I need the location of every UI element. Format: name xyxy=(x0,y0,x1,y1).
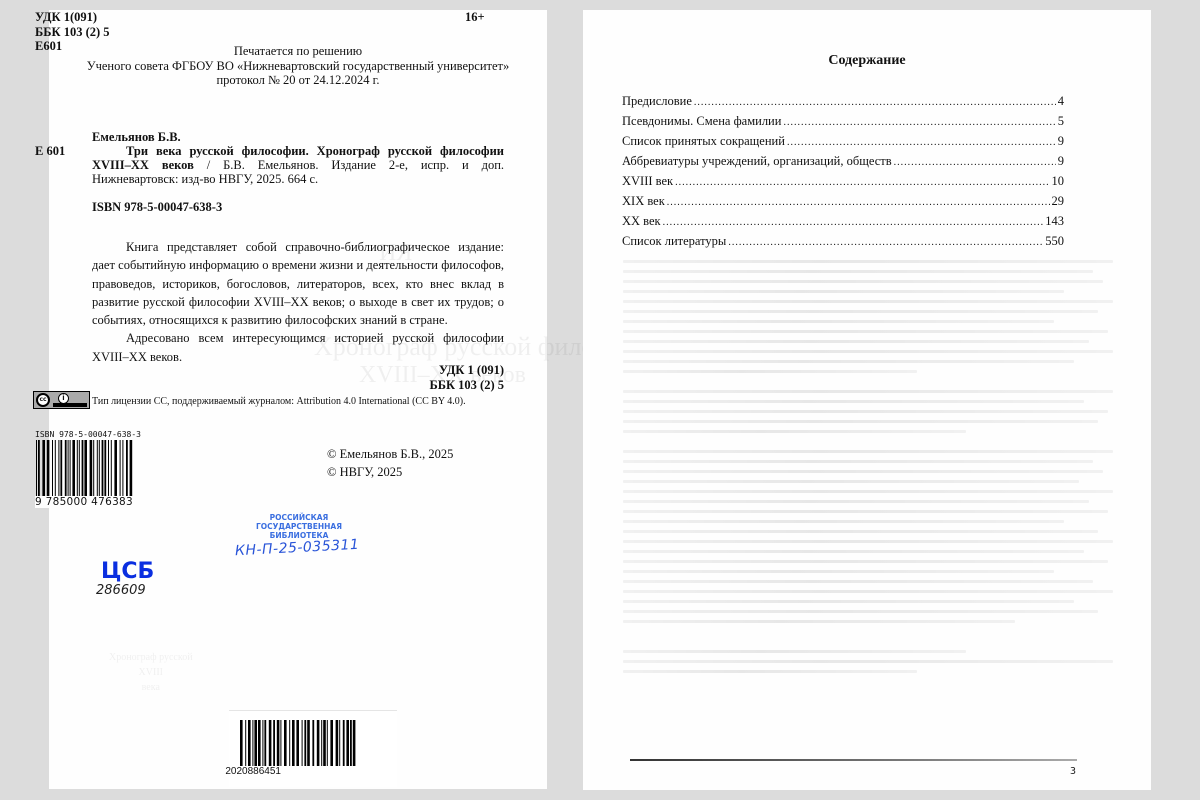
bleed-through-text: ИЯ xyxy=(379,240,412,267)
bleed-line xyxy=(623,540,1113,543)
csb-stamp: ЦСБ xyxy=(101,559,154,584)
library-stamp-code: КН-П-25-035311 xyxy=(235,537,360,559)
bleed-line xyxy=(623,600,1074,603)
toc-entry-label: Предисловие xyxy=(622,94,692,109)
bleed-line xyxy=(623,550,1084,553)
stamp-line: ГОСУДАРСТВЕННАЯ xyxy=(244,522,354,531)
bleed-through-text: Хронограф русскойXVIIIвека xyxy=(109,650,193,695)
bleed-line xyxy=(623,610,1098,613)
bbk-code: ББК 103 (2) 5 xyxy=(429,378,504,393)
bleed-line xyxy=(623,490,1113,493)
title-centuries: XVIII–XX веков xyxy=(92,158,194,172)
catalog-mark: Е 601 xyxy=(35,144,65,159)
toc-entry-page: 29 xyxy=(1052,194,1065,209)
copyright-publisher: © НВГУ, 2025 xyxy=(327,463,453,481)
toc-entry-page: 143 xyxy=(1045,214,1064,229)
library-stamp: РОССИЙСКАЯ ГОСУДАРСТВЕННАЯ БИБЛИОТЕКА xyxy=(244,513,354,540)
bleed-line xyxy=(623,530,1098,533)
toc-entry-page: 9 xyxy=(1058,154,1064,169)
bleed-line xyxy=(623,270,1093,273)
right-page: Содержание Предисловие4Псевдонимы. Смена… xyxy=(583,10,1151,790)
author-name: Емельянов Б.В. xyxy=(92,130,181,145)
left-page: УДК 1(091) ББК 103 (2) 5 Е601 16+ Печата… xyxy=(49,10,547,789)
bleed-line xyxy=(623,580,1093,583)
bleed-line xyxy=(623,510,1108,513)
toc-entry-page: 550 xyxy=(1045,234,1064,249)
isbn-barcode-number: 9 785000 476383 xyxy=(35,496,133,508)
age-rating: 16+ xyxy=(465,10,485,25)
bleed-line xyxy=(623,660,1113,663)
udk-code: УДК 1 (091) xyxy=(429,363,504,378)
bleed-line xyxy=(623,480,1079,483)
toc-leader-dots xyxy=(694,97,1056,108)
toc-entry-label: Список литературы xyxy=(622,234,726,249)
isbn: ISBN 978-5-00047-638-3 xyxy=(92,200,222,215)
toc-leader-dots xyxy=(663,217,1044,228)
bleed-line xyxy=(623,670,917,673)
publish-line: Ученого совета ФГБОУ ВО «Нижневартовский… xyxy=(49,59,547,74)
bleed-line xyxy=(623,450,1113,453)
toc-entry-page: 4 xyxy=(1058,94,1064,109)
bleed-line xyxy=(623,350,1113,353)
copyright-author: © Емельянов Б.В., 2025 xyxy=(327,445,453,463)
toc-entry-page: 9 xyxy=(1058,134,1064,149)
copyright: © Емельянов Б.В., 2025 © НВГУ, 2025 xyxy=(327,445,453,481)
publish-line: протокол № 20 от 24.12.2024 г. xyxy=(49,73,547,88)
license-text: Тип лицензии СС, поддерживаемый журналом… xyxy=(92,396,466,407)
bleed-line xyxy=(623,310,1098,313)
bleed-line xyxy=(623,330,1108,333)
bleed-line xyxy=(623,590,1113,593)
toc-entry: XX век143 xyxy=(622,214,1064,234)
bleed-line xyxy=(623,500,1089,503)
page-number: 3 xyxy=(1070,766,1076,777)
cc-by-icon: cc i xyxy=(33,391,90,409)
toc-entry: Список принятых сокращений9 xyxy=(622,134,1064,154)
toc-entry: XVIII век10 xyxy=(622,174,1064,194)
table-of-contents: Предисловие4Псевдонимы. Смена фамилии5Сп… xyxy=(622,94,1064,254)
toc-entry: Список литературы550 xyxy=(622,234,1064,254)
bib-line-2: XVIII–XX веков / Б.В. Емельянов. Издание… xyxy=(92,158,504,172)
bleed-line xyxy=(623,300,1113,303)
toc-leader-dots xyxy=(667,197,1050,208)
bleed-line xyxy=(623,410,1108,413)
csb-stamp-number: 286609 xyxy=(96,583,146,598)
toc-entry: Предисловие4 xyxy=(622,94,1064,114)
book-title: Три века русской философии. Хронограф ру… xyxy=(92,144,504,158)
toc-leader-dots xyxy=(675,177,1049,188)
bleed-line xyxy=(623,560,1108,563)
bleed-line xyxy=(623,360,1074,363)
bleed-line xyxy=(623,340,1089,343)
toc-entry-label: XX век xyxy=(622,214,661,229)
bleed-line xyxy=(623,460,1093,463)
edition-info: / Б.В. Емельянов. Издание 2-е, испр. и д… xyxy=(194,158,504,172)
bleed-line xyxy=(623,290,1064,293)
toc-leader-dots xyxy=(787,137,1056,148)
toc-title: Содержание xyxy=(583,53,1151,69)
bleed-line xyxy=(623,260,1113,263)
sticker-barcode-number: 2020886451 xyxy=(49,766,359,777)
bibliographic-entry: Три века русской философии. Хронограф ру… xyxy=(92,144,504,186)
publish-line: Печатается по решению xyxy=(49,44,547,59)
bleed-line xyxy=(623,430,966,433)
bleed-line xyxy=(623,280,1103,283)
bleed-line xyxy=(623,620,1015,623)
stamp-line: РОССИЙСКАЯ xyxy=(244,513,354,522)
udk-code: УДК 1(091) xyxy=(35,10,110,25)
bleed-line xyxy=(623,420,1098,423)
toc-entry-page: 5 xyxy=(1058,114,1064,129)
toc-entry: XIX век29 xyxy=(622,194,1064,214)
bleed-line xyxy=(623,520,1064,523)
sticker-barcode xyxy=(239,720,359,766)
toc-entry-label: XVIII век xyxy=(622,174,673,189)
bleed-line xyxy=(623,470,1103,473)
isbn-barcode xyxy=(35,440,134,503)
toc-entry: Аббревиатуры учреждений, организаций, об… xyxy=(622,154,1064,174)
toc-entry-page: 10 xyxy=(1052,174,1065,189)
bleed-line xyxy=(623,390,1113,393)
toc-leader-dots xyxy=(783,117,1055,128)
bleed-line xyxy=(623,400,1084,403)
toc-entry-label: Аббревиатуры учреждений, организаций, об… xyxy=(622,154,892,169)
bbk-code: ББК 103 (2) 5 xyxy=(35,25,110,40)
isbn-barcode-caption: ISBN 978-5-00047-638-3 xyxy=(35,430,141,439)
bleed-line xyxy=(623,650,966,653)
abstract-paragraph: Книга представляет собой справочно-библи… xyxy=(92,238,504,329)
toc-entry: Псевдонимы. Смена фамилии5 xyxy=(622,114,1064,134)
bleed-through-text xyxy=(623,260,1113,680)
bleed-line xyxy=(623,320,1054,323)
toc-leader-dots xyxy=(894,157,1056,168)
cc-icon: cc xyxy=(36,393,50,407)
publish-decision: Печатается по решению Ученого совета ФГБ… xyxy=(49,44,547,88)
bleed-line xyxy=(623,370,917,373)
footer-rule xyxy=(630,759,1077,761)
bleed-line xyxy=(623,570,1054,573)
toc-leader-dots xyxy=(728,237,1043,248)
toc-entry-label: Псевдонимы. Смена фамилии xyxy=(622,114,781,129)
toc-entry-label: Список принятых сокращений xyxy=(622,134,785,149)
toc-entry-label: XIX век xyxy=(622,194,665,209)
by-strip xyxy=(53,403,87,407)
imprint: Нижневартовск: изд-во НВГУ, 2025. 664 с. xyxy=(92,172,504,186)
classification-codes: УДК 1 (091) ББК 103 (2) 5 xyxy=(429,363,504,392)
